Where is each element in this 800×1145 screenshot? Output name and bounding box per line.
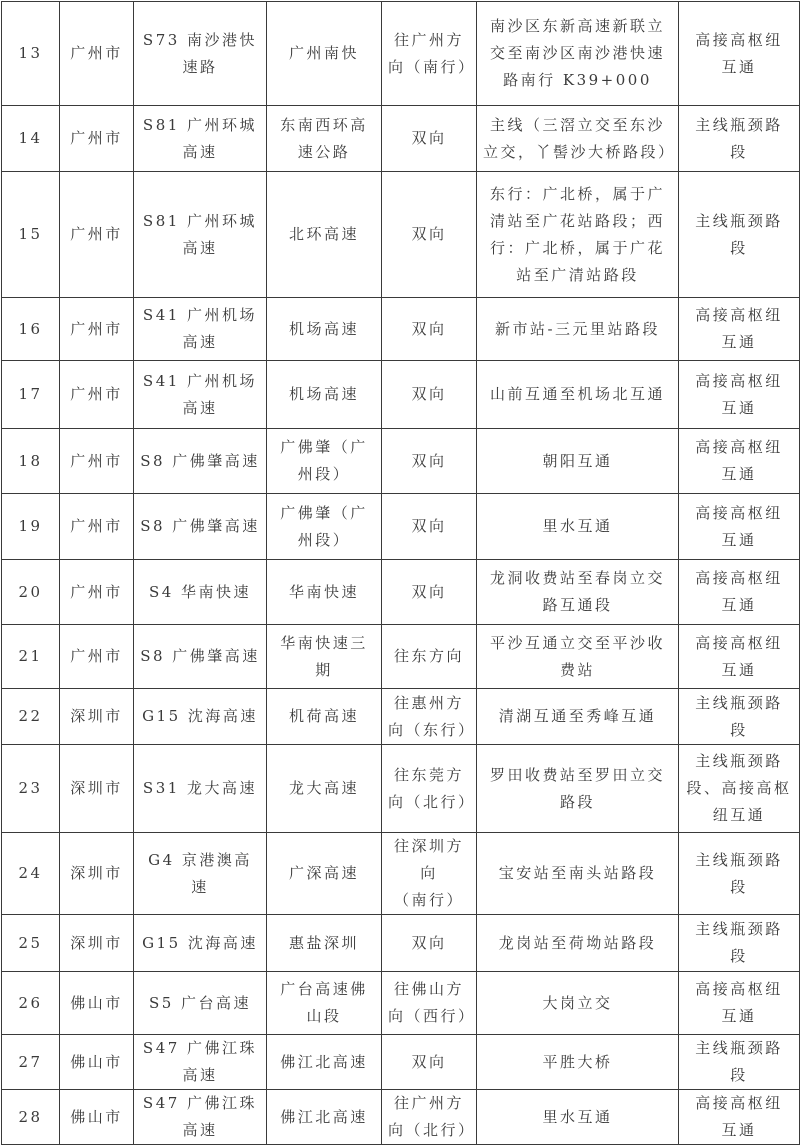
location-cell: 新市站-三元里站路段 (477, 298, 679, 361)
highway-name-cell: S8 广佛肇高速 (134, 494, 267, 560)
congestion-type-cell: 主线瓶颈路 段 (679, 915, 800, 972)
direction-cell: 双向 (382, 106, 477, 172)
road-segment-cell: 龙大高速 (267, 745, 382, 833)
road-segment-cell: 广佛肇（广 州段） (267, 494, 382, 560)
row-number: 19 (2, 494, 60, 560)
road-segment-cell: 东南西环高 速公路 (267, 106, 382, 172)
highway-name-cell: S41 广州机场 高速 (134, 361, 267, 429)
location-cell: 山前互通至机场北互通 (477, 361, 679, 429)
direction-cell: 双向 (382, 494, 477, 560)
city-cell: 广州市 (60, 172, 134, 298)
congestion-points-table: 13广州市S73 南沙港快 速路广州南快往广州方 向（南行）南沙区东新高速新联立… (1, 1, 800, 1145)
congestion-type-cell: 高接高枢纽 互通 (679, 298, 800, 361)
highway-name-cell: S8 广佛肇高速 (134, 625, 267, 689)
location-cell: 主线（三滘立交至东沙 立交，丫髻沙大桥路段） (477, 106, 679, 172)
table-row: 27佛山市S47 广佛江珠 高速佛江北高速双向平胜大桥主线瓶颈路 段 (2, 1035, 800, 1090)
direction-cell: 双向 (382, 560, 477, 625)
highway-name-cell: S81 广州环城 高速 (134, 172, 267, 298)
road-segment-cell: 广州南快 (267, 2, 382, 106)
table-row: 18广州市S8 广佛肇高速广佛肇（广 州段）双向朝阳互通高接高枢纽 互通 (2, 429, 800, 494)
road-segment-cell: 佛江北高速 (267, 1090, 382, 1145)
city-cell: 深圳市 (60, 745, 134, 833)
direction-cell: 往惠州方 向（东行） (382, 689, 477, 745)
direction-cell: 往东莞方 向（北行） (382, 745, 477, 833)
direction-cell: 双向 (382, 172, 477, 298)
highway-name-cell: G15 沈海高速 (134, 915, 267, 972)
location-cell: 平胜大桥 (477, 1035, 679, 1090)
city-cell: 广州市 (60, 494, 134, 560)
row-number: 27 (2, 1035, 60, 1090)
direction-cell: 往佛山方 向（西行） (382, 972, 477, 1035)
table-row: 16广州市S41 广州机场 高速机场高速双向新市站-三元里站路段高接高枢纽 互通 (2, 298, 800, 361)
row-number: 20 (2, 560, 60, 625)
table-row: 17广州市S41 广州机场 高速机场高速双向山前互通至机场北互通高接高枢纽 互通 (2, 361, 800, 429)
table-row: 28佛山市S47 广佛江珠 高速佛江北高速往广州方 向（北行）里水互通高接高枢纽… (2, 1090, 800, 1145)
city-cell: 广州市 (60, 106, 134, 172)
location-cell: 平沙互通立交至平沙收 费站 (477, 625, 679, 689)
highway-name-cell: S4 华南快速 (134, 560, 267, 625)
direction-cell: 双向 (382, 1035, 477, 1090)
direction-cell: 双向 (382, 915, 477, 972)
row-number: 22 (2, 689, 60, 745)
road-segment-cell: 机场高速 (267, 298, 382, 361)
row-number: 24 (2, 833, 60, 915)
row-number: 16 (2, 298, 60, 361)
direction-cell: 往广州方 向（南行） (382, 2, 477, 106)
road-segment-cell: 北环高速 (267, 172, 382, 298)
road-segment-cell: 机荷高速 (267, 689, 382, 745)
congestion-type-cell: 高接高枢纽 互通 (679, 560, 800, 625)
road-segment-cell: 机场高速 (267, 361, 382, 429)
highway-name-cell: G15 沈海高速 (134, 689, 267, 745)
city-cell: 广州市 (60, 429, 134, 494)
table-body: 13广州市S73 南沙港快 速路广州南快往广州方 向（南行）南沙区东新高速新联立… (2, 2, 800, 1145)
congestion-type-cell: 主线瓶颈路 段 (679, 689, 800, 745)
row-number: 13 (2, 2, 60, 106)
location-cell: 东行：广北桥，属于广 清站至广花站路段；西 行：广北桥，属于广花 站至广清站路段 (477, 172, 679, 298)
table-row: 14广州市S81 广州环城 高速东南西环高 速公路双向主线（三滘立交至东沙 立交… (2, 106, 800, 172)
row-number: 23 (2, 745, 60, 833)
road-segment-cell: 广深高速 (267, 833, 382, 915)
row-number: 25 (2, 915, 60, 972)
highway-name-cell: S31 龙大高速 (134, 745, 267, 833)
direction-cell: 双向 (382, 429, 477, 494)
congestion-type-cell: 主线瓶颈路 段 (679, 172, 800, 298)
row-number: 17 (2, 361, 60, 429)
table-row: 20广州市S4 华南快速华南快速双向龙洞收费站至春岗立交 路互通段高接高枢纽 互… (2, 560, 800, 625)
congestion-type-cell: 高接高枢纽 互通 (679, 972, 800, 1035)
location-cell: 里水互通 (477, 494, 679, 560)
location-cell: 朝阳互通 (477, 429, 679, 494)
city-cell: 佛山市 (60, 972, 134, 1035)
congestion-type-cell: 高接高枢纽 互通 (679, 625, 800, 689)
table-row: 13广州市S73 南沙港快 速路广州南快往广州方 向（南行）南沙区东新高速新联立… (2, 2, 800, 106)
city-cell: 深圳市 (60, 915, 134, 972)
city-cell: 广州市 (60, 560, 134, 625)
direction-cell: 往广州方 向（北行） (382, 1090, 477, 1145)
row-number: 15 (2, 172, 60, 298)
highway-name-cell: G4 京港澳高速 (134, 833, 267, 915)
row-number: 14 (2, 106, 60, 172)
table-row: 22深圳市G15 沈海高速机荷高速往惠州方 向（东行）清湖互通至秀峰互通主线瓶颈… (2, 689, 800, 745)
table-row: 24深圳市G4 京港澳高速广深高速往深圳方 向 （南行）宝安站至南头站路段主线瓶… (2, 833, 800, 915)
location-cell: 龙岗站至荷坳站路段 (477, 915, 679, 972)
city-cell: 深圳市 (60, 833, 134, 915)
table-row: 19广州市S8 广佛肇高速广佛肇（广 州段）双向里水互通高接高枢纽 互通 (2, 494, 800, 560)
highway-name-cell: S47 广佛江珠 高速 (134, 1035, 267, 1090)
road-segment-cell: 广佛肇（广 州段） (267, 429, 382, 494)
city-cell: 佛山市 (60, 1090, 134, 1145)
congestion-type-cell: 主线瓶颈路 段、高接高枢 纽互通 (679, 745, 800, 833)
table-row: 23深圳市S31 龙大高速龙大高速往东莞方 向（北行）罗田收费站至罗田立交 路段… (2, 745, 800, 833)
highway-name-cell: S5 广台高速 (134, 972, 267, 1035)
road-segment-cell: 佛江北高速 (267, 1035, 382, 1090)
city-cell: 深圳市 (60, 689, 134, 745)
city-cell: 广州市 (60, 625, 134, 689)
table-row: 26佛山市S5 广台高速广台高速佛 山段往佛山方 向（西行）大岗立交高接高枢纽 … (2, 972, 800, 1035)
highway-name-cell: S81 广州环城 高速 (134, 106, 267, 172)
road-segment-cell: 惠盐深圳 (267, 915, 382, 972)
location-cell: 龙洞收费站至春岗立交 路互通段 (477, 560, 679, 625)
city-cell: 广州市 (60, 298, 134, 361)
road-segment-cell: 广台高速佛 山段 (267, 972, 382, 1035)
congestion-type-cell: 高接高枢纽 互通 (679, 1090, 800, 1145)
congestion-type-cell: 高接高枢纽 互通 (679, 494, 800, 560)
congestion-type-cell: 主线瓶颈路 段 (679, 833, 800, 915)
direction-cell: 往深圳方 向 （南行） (382, 833, 477, 915)
table-row: 21广州市S8 广佛肇高速华南快速三 期往东方向平沙互通立交至平沙收 费站高接高… (2, 625, 800, 689)
congestion-type-cell: 高接高枢纽 互通 (679, 2, 800, 106)
table-row: 25深圳市G15 沈海高速惠盐深圳双向龙岗站至荷坳站路段主线瓶颈路 段 (2, 915, 800, 972)
direction-cell: 双向 (382, 298, 477, 361)
highway-name-cell: S41 广州机场 高速 (134, 298, 267, 361)
congestion-type-cell: 高接高枢纽 互通 (679, 361, 800, 429)
row-number: 18 (2, 429, 60, 494)
city-cell: 佛山市 (60, 1035, 134, 1090)
city-cell: 广州市 (60, 361, 134, 429)
direction-cell: 双向 (382, 361, 477, 429)
location-cell: 罗田收费站至罗田立交 路段 (477, 745, 679, 833)
congestion-type-cell: 高接高枢纽 互通 (679, 429, 800, 494)
location-cell: 清湖互通至秀峰互通 (477, 689, 679, 745)
highway-name-cell: S73 南沙港快 速路 (134, 2, 267, 106)
row-number: 28 (2, 1090, 60, 1145)
location-cell: 南沙区东新高速新联立 交至南沙区南沙港快速 路南行 K39+000 (477, 2, 679, 106)
location-cell: 大岗立交 (477, 972, 679, 1035)
congestion-type-cell: 主线瓶颈路 段 (679, 106, 800, 172)
congestion-type-cell: 主线瓶颈路 段 (679, 1035, 800, 1090)
row-number: 21 (2, 625, 60, 689)
row-number: 26 (2, 972, 60, 1035)
direction-cell: 往东方向 (382, 625, 477, 689)
location-cell: 里水互通 (477, 1090, 679, 1145)
location-cell: 宝安站至南头站路段 (477, 833, 679, 915)
highway-name-cell: S47 广佛江珠 高速 (134, 1090, 267, 1145)
highway-name-cell: S8 广佛肇高速 (134, 429, 267, 494)
road-segment-cell: 华南快速三 期 (267, 625, 382, 689)
table-row: 15广州市S81 广州环城 高速北环高速双向东行：广北桥，属于广 清站至广花站路… (2, 172, 800, 298)
road-segment-cell: 华南快速 (267, 560, 382, 625)
city-cell: 广州市 (60, 2, 134, 106)
